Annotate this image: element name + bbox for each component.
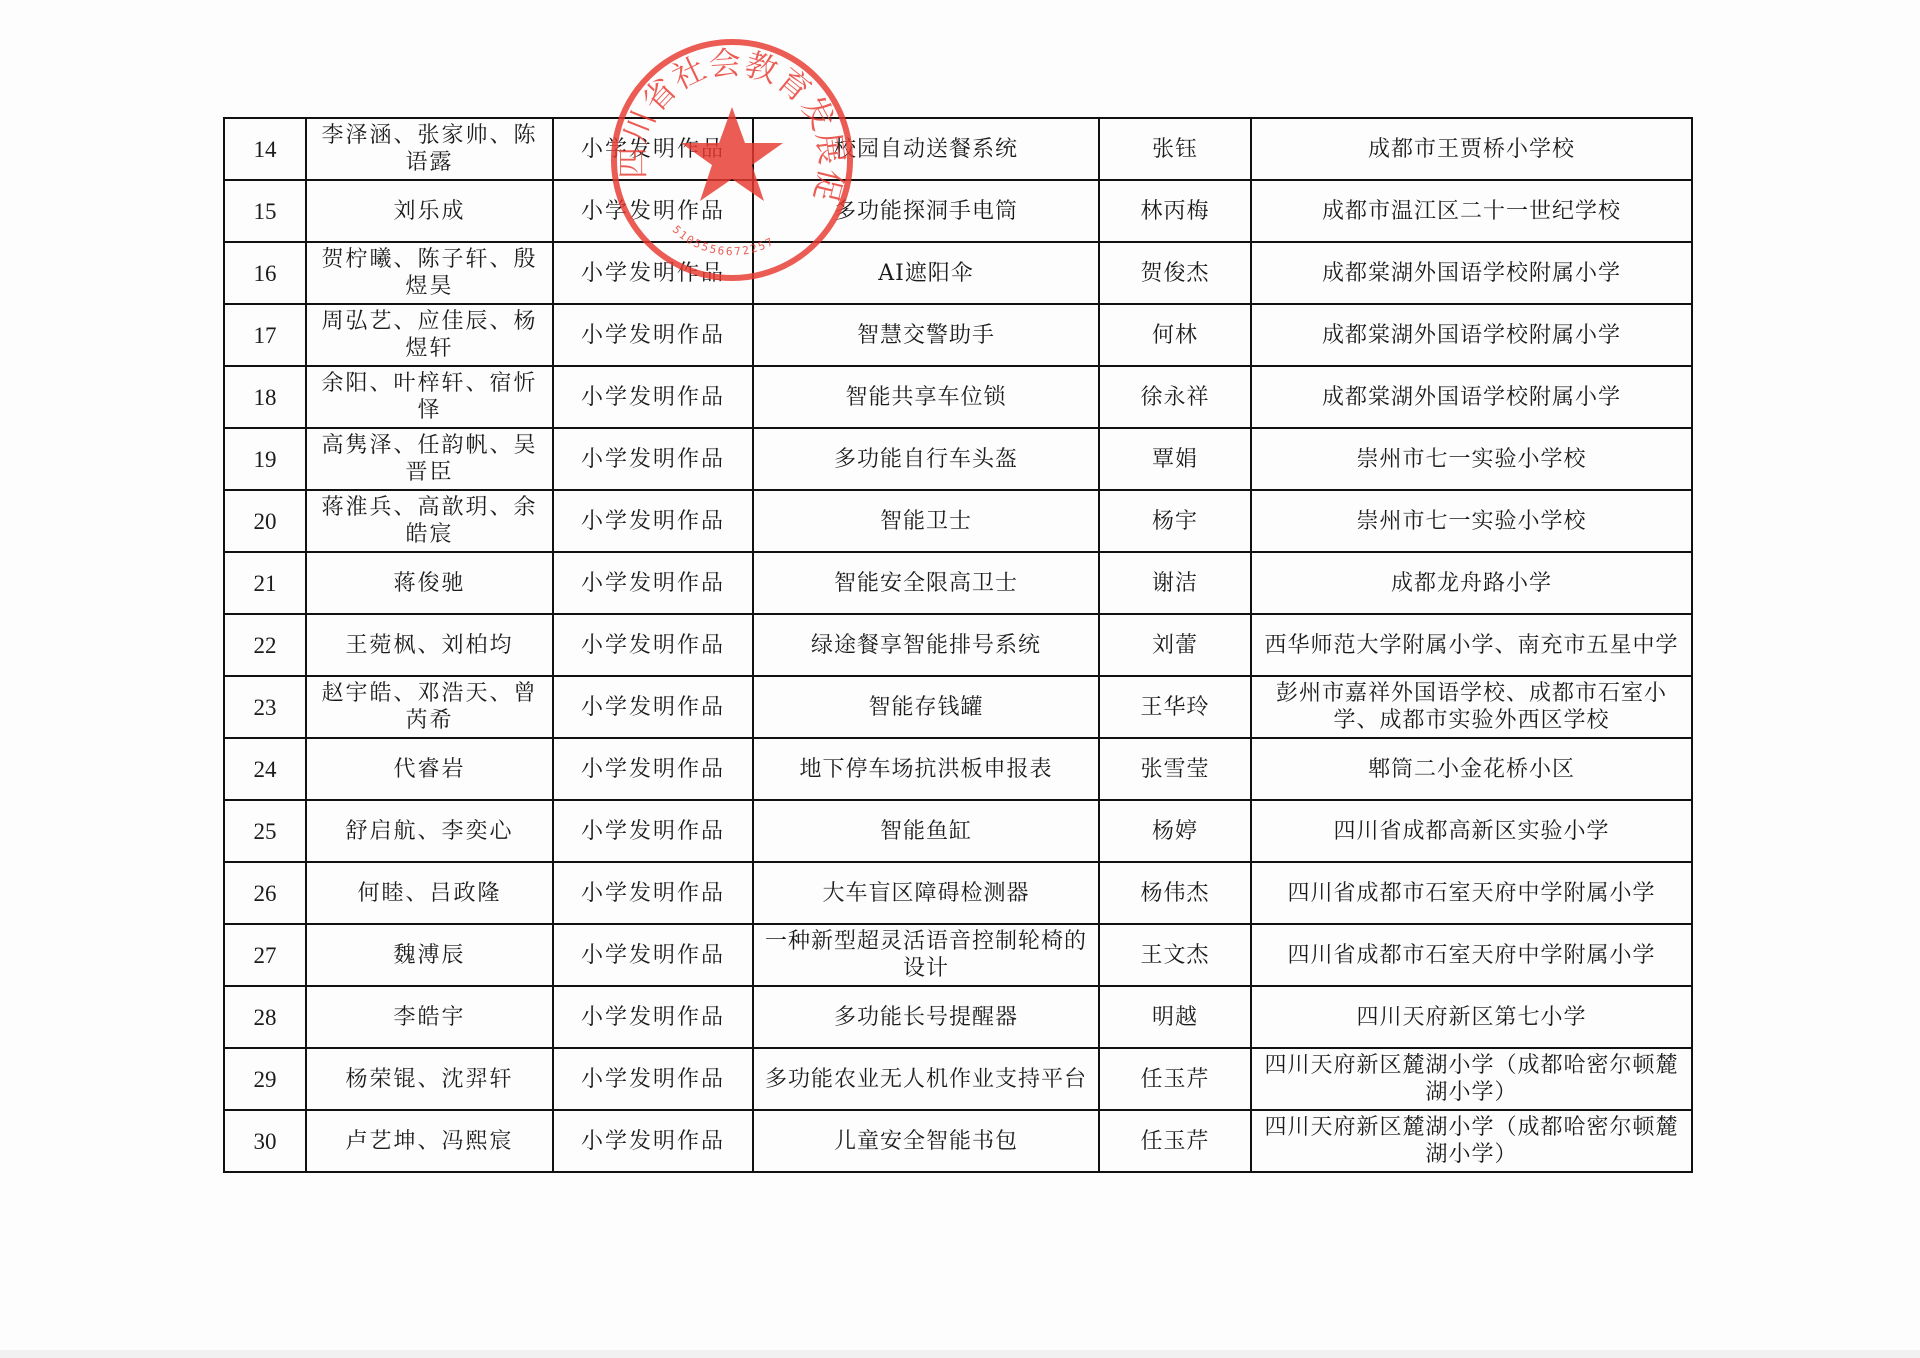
teacher-cell: 王华玲 [1099, 676, 1251, 738]
authors-cell: 蒋俊驰 [306, 552, 553, 614]
table-row: 19高隽泽、任韵帆、吴晋臣小学发明作品多功能自行车头盔覃娟崇州市七一实验小学校 [224, 428, 1692, 490]
table-row: 30卢艺坤、冯熙宸小学发明作品儿童安全智能书包任玉芹四川天府新区麓湖小学（成都哈… [224, 1110, 1692, 1172]
row-number-cell: 30 [224, 1110, 306, 1172]
authors-cell: 卢艺坤、冯熙宸 [306, 1110, 553, 1172]
work-title-cell: 大车盲区障碍检测器 [753, 862, 1099, 924]
school-cell: 四川天府新区第七小学 [1251, 986, 1692, 1048]
teacher-cell: 杨婷 [1099, 800, 1251, 862]
school-cell: 四川天府新区麓湖小学（成都哈密尔顿麓湖小学） [1251, 1048, 1692, 1110]
row-number-cell: 29 [224, 1048, 306, 1110]
document-page: 14李泽涵、张家帅、陈语露小学发明作品校园自动送餐系统张钰成都市王贾桥小学校15… [0, 0, 1920, 1358]
category-cell: 小学发明作品 [553, 676, 753, 738]
table-row: 28李皓宇小学发明作品多功能长号提醒器明越四川天府新区第七小学 [224, 986, 1692, 1048]
row-number-cell: 23 [224, 676, 306, 738]
table-row: 21蒋俊驰小学发明作品智能安全限高卫士谢洁成都龙舟路小学 [224, 552, 1692, 614]
row-number-cell: 14 [224, 118, 306, 180]
school-cell: 四川省成都高新区实验小学 [1251, 800, 1692, 862]
authors-cell: 刘乐成 [306, 180, 553, 242]
work-title-cell: 多功能长号提醒器 [753, 986, 1099, 1048]
work-title-cell: 智能鱼缸 [753, 800, 1099, 862]
category-cell: 小学发明作品 [553, 242, 753, 304]
table-row: 16贺柠曦、陈子轩、殷煜昊小学发明作品AI遮阳伞贺俊杰成都棠湖外国语学校附属小学 [224, 242, 1692, 304]
school-cell: 四川省成都市石室天府中学附属小学 [1251, 924, 1692, 986]
row-number-cell: 16 [224, 242, 306, 304]
authors-cell: 余阳、叶梓轩、宿忻怿 [306, 366, 553, 428]
school-cell: 成都棠湖外国语学校附属小学 [1251, 366, 1692, 428]
authors-cell: 李泽涵、张家帅、陈语露 [306, 118, 553, 180]
authors-cell: 王菀枫、刘柏均 [306, 614, 553, 676]
table-row: 15刘乐成小学发明作品多功能探洞手电筒林丙梅成都市温江区二十一世纪学校 [224, 180, 1692, 242]
school-cell: 四川天府新区麓湖小学（成都哈密尔顿麓湖小学） [1251, 1110, 1692, 1172]
category-cell: 小学发明作品 [553, 800, 753, 862]
work-title-cell: 一种新型超灵活语音控制轮椅的设计 [753, 924, 1099, 986]
school-cell: 西华师范大学附属小学、南充市五星中学 [1251, 614, 1692, 676]
school-cell: 成都市王贾桥小学校 [1251, 118, 1692, 180]
authors-cell: 蒋淮兵、高歆玥、余皓宸 [306, 490, 553, 552]
table-row: 27魏溥辰小学发明作品一种新型超灵活语音控制轮椅的设计王文杰四川省成都市石室天府… [224, 924, 1692, 986]
school-cell: 郫筒二小金花桥小区 [1251, 738, 1692, 800]
teacher-cell: 贺俊杰 [1099, 242, 1251, 304]
row-number-cell: 27 [224, 924, 306, 986]
table-row: 24代睿岩小学发明作品地下停车场抗洪板申报表张雪莹郫筒二小金花桥小区 [224, 738, 1692, 800]
row-number-cell: 28 [224, 986, 306, 1048]
teacher-cell: 覃娟 [1099, 428, 1251, 490]
category-cell: 小学发明作品 [553, 366, 753, 428]
work-title-cell: 智能安全限高卫士 [753, 552, 1099, 614]
work-title-cell: 多功能农业无人机作业支持平台 [753, 1048, 1099, 1110]
teacher-cell: 任玉芹 [1099, 1110, 1251, 1172]
teacher-cell: 杨宇 [1099, 490, 1251, 552]
work-title-cell: 校园自动送餐系统 [753, 118, 1099, 180]
table-body: 14李泽涵、张家帅、陈语露小学发明作品校园自动送餐系统张钰成都市王贾桥小学校15… [224, 118, 1692, 1172]
school-cell: 崇州市七一实验小学校 [1251, 428, 1692, 490]
work-title-cell: 智能共享车位锁 [753, 366, 1099, 428]
teacher-cell: 徐永祥 [1099, 366, 1251, 428]
category-cell: 小学发明作品 [553, 738, 753, 800]
school-cell: 成都市温江区二十一世纪学校 [1251, 180, 1692, 242]
authors-cell: 高隽泽、任韵帆、吴晋臣 [306, 428, 553, 490]
teacher-cell: 明越 [1099, 986, 1251, 1048]
school-cell: 四川省成都市石室天府中学附属小学 [1251, 862, 1692, 924]
authors-cell: 舒启航、李奕心 [306, 800, 553, 862]
table-row: 22王菀枫、刘柏均小学发明作品绿途餐享智能排号系统刘蕾西华师范大学附属小学、南充… [224, 614, 1692, 676]
row-number-cell: 20 [224, 490, 306, 552]
school-cell: 崇州市七一实验小学校 [1251, 490, 1692, 552]
category-cell: 小学发明作品 [553, 428, 753, 490]
work-title-cell: 多功能探洞手电筒 [753, 180, 1099, 242]
page-bottom-edge [0, 1350, 1920, 1358]
work-title-cell: 多功能自行车头盔 [753, 428, 1099, 490]
row-number-cell: 25 [224, 800, 306, 862]
authors-cell: 何睦、吕政隆 [306, 862, 553, 924]
work-title-cell: 智能存钱罐 [753, 676, 1099, 738]
category-cell: 小学发明作品 [553, 1110, 753, 1172]
school-cell: 成都棠湖外国语学校附属小学 [1251, 242, 1692, 304]
authors-cell: 赵宇皓、邓浩天、曾芮希 [306, 676, 553, 738]
category-cell: 小学发明作品 [553, 924, 753, 986]
teacher-cell: 张钰 [1099, 118, 1251, 180]
category-cell: 小学发明作品 [553, 490, 753, 552]
award-list-table: 14李泽涵、张家帅、陈语露小学发明作品校园自动送餐系统张钰成都市王贾桥小学校15… [223, 117, 1693, 1173]
category-cell: 小学发明作品 [553, 862, 753, 924]
table-row: 25舒启航、李奕心小学发明作品智能鱼缸杨婷四川省成都高新区实验小学 [224, 800, 1692, 862]
authors-cell: 代睿岩 [306, 738, 553, 800]
category-cell: 小学发明作品 [553, 614, 753, 676]
category-cell: 小学发明作品 [553, 118, 753, 180]
teacher-cell: 刘蕾 [1099, 614, 1251, 676]
table-row: 26何睦、吕政隆小学发明作品大车盲区障碍检测器杨伟杰四川省成都市石室天府中学附属… [224, 862, 1692, 924]
work-title-cell: 地下停车场抗洪板申报表 [753, 738, 1099, 800]
table-row: 29杨荣锟、沈羿轩小学发明作品多功能农业无人机作业支持平台任玉芹四川天府新区麓湖… [224, 1048, 1692, 1110]
teacher-cell: 张雪莹 [1099, 738, 1251, 800]
row-number-cell: 21 [224, 552, 306, 614]
teacher-cell: 任玉芹 [1099, 1048, 1251, 1110]
table-row: 20蒋淮兵、高歆玥、余皓宸小学发明作品智能卫士杨宇崇州市七一实验小学校 [224, 490, 1692, 552]
authors-cell: 魏溥辰 [306, 924, 553, 986]
school-cell: 彭州市嘉祥外国语学校、成都市石室小学、成都市实验外西区学校 [1251, 676, 1692, 738]
work-title-cell: 智慧交警助手 [753, 304, 1099, 366]
row-number-cell: 19 [224, 428, 306, 490]
work-title-cell: 儿童安全智能书包 [753, 1110, 1099, 1172]
authors-cell: 杨荣锟、沈羿轩 [306, 1048, 553, 1110]
table-row: 14李泽涵、张家帅、陈语露小学发明作品校园自动送餐系统张钰成都市王贾桥小学校 [224, 118, 1692, 180]
school-cell: 成都棠湖外国语学校附属小学 [1251, 304, 1692, 366]
category-cell: 小学发明作品 [553, 304, 753, 366]
row-number-cell: 15 [224, 180, 306, 242]
work-title-cell: AI遮阳伞 [753, 242, 1099, 304]
category-cell: 小学发明作品 [553, 1048, 753, 1110]
work-title-cell: 绿途餐享智能排号系统 [753, 614, 1099, 676]
authors-cell: 贺柠曦、陈子轩、殷煜昊 [306, 242, 553, 304]
category-cell: 小学发明作品 [553, 986, 753, 1048]
teacher-cell: 王文杰 [1099, 924, 1251, 986]
work-title-cell: 智能卫士 [753, 490, 1099, 552]
category-cell: 小学发明作品 [553, 552, 753, 614]
teacher-cell: 林丙梅 [1099, 180, 1251, 242]
row-number-cell: 22 [224, 614, 306, 676]
row-number-cell: 18 [224, 366, 306, 428]
table-row: 18余阳、叶梓轩、宿忻怿小学发明作品智能共享车位锁徐永祥成都棠湖外国语学校附属小… [224, 366, 1692, 428]
row-number-cell: 26 [224, 862, 306, 924]
authors-cell: 周弘艺、应佳辰、杨煜轩 [306, 304, 553, 366]
school-cell: 成都龙舟路小学 [1251, 552, 1692, 614]
authors-cell: 李皓宇 [306, 986, 553, 1048]
teacher-cell: 何林 [1099, 304, 1251, 366]
teacher-cell: 谢洁 [1099, 552, 1251, 614]
table-row: 17周弘艺、应佳辰、杨煜轩小学发明作品智慧交警助手何林成都棠湖外国语学校附属小学 [224, 304, 1692, 366]
row-number-cell: 24 [224, 738, 306, 800]
teacher-cell: 杨伟杰 [1099, 862, 1251, 924]
table-row: 23赵宇皓、邓浩天、曾芮希小学发明作品智能存钱罐王华玲彭州市嘉祥外国语学校、成都… [224, 676, 1692, 738]
row-number-cell: 17 [224, 304, 306, 366]
category-cell: 小学发明作品 [553, 180, 753, 242]
